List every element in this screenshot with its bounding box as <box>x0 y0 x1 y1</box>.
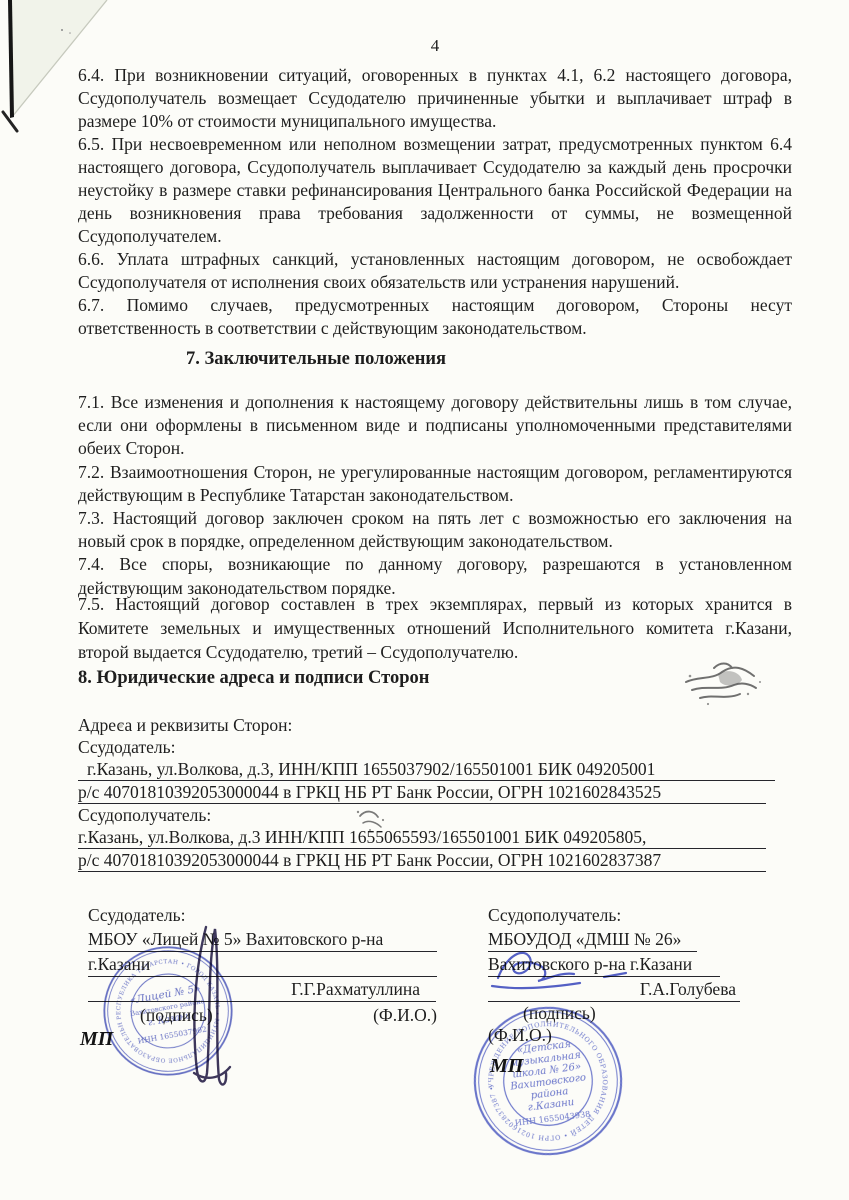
scan-speck <box>69 32 71 34</box>
borrower-requisites-line2: р/с 40701810392053000044 в ГРКЦ НБ РТ Ба… <box>78 849 766 872</box>
scan-speck <box>61 29 63 31</box>
section-8-heading: 8. Юридические адреса и подписи Сторон <box>78 668 429 689</box>
lessor-fio-caption: (Ф.И.О.) <box>373 1004 437 1026</box>
borrower-handwritten-signature <box>488 936 638 996</box>
scanned-contract-page: { "page_number": "4", "colors": { "stamp… <box>0 0 849 1200</box>
ink-smudge-small <box>350 800 390 834</box>
section-6-liability: 6.4. При возникновении ситуаций, оговоре… <box>78 64 792 340</box>
paragraph-7-1: 7.1. Все изменения и дополнения к настоя… <box>78 391 792 461</box>
section-7-heading: 7. Заключительные положения <box>186 349 446 370</box>
borrower-label: Ссудополучатель: <box>78 804 792 826</box>
paragraph-6-6: 6.6. Уплата штрафных санкций, установлен… <box>78 248 792 294</box>
paragraph-7-2: 7.2. Взаимоотношения Сторон, не урегулир… <box>78 461 792 507</box>
lessor-signature-label: Ссудодатель: <box>88 903 440 927</box>
requisites-block: Адреса и реквизиты Сторон: Ссудодатель: … <box>78 714 792 872</box>
paragraph-7-3: 7.3. Настоящий договор заключен сроком н… <box>78 507 792 553</box>
section-7-final-provisions: 7.1. Все изменения и дополнения к настоя… <box>78 391 792 600</box>
lessor-requisites-line2: р/с 40701810392053000044 в ГРКЦ НБ РТ Ба… <box>78 781 766 804</box>
scan-corner-artifact <box>0 0 130 190</box>
scan-dot-artifact <box>118 724 123 728</box>
lessor-requisites-line1: г.Казань, ул.Волкова, д.3, ИНН/КПП 16550… <box>78 758 775 781</box>
requisites-intro: Адреса и реквизиты Сторон: <box>78 714 792 736</box>
lessor-handwritten-signature <box>176 923 236 1098</box>
borrower-round-stamp: УЧРЕЖДЕНИЕ ДОПОЛНИТЕЛЬНОГО ОБРАЗОВАНИЯ Д… <box>459 995 637 1167</box>
lessor-label: Ссудодатель: <box>78 736 792 758</box>
borrower-requisites-line1: г.Казань, ул.Волкова, д.3 ИНН/КПП 165506… <box>78 826 766 849</box>
ink-smudge-large <box>678 652 770 710</box>
paragraph-6-7: 6.7. Помимо случаев, предусмотренных нас… <box>78 294 792 340</box>
page-number: 4 <box>78 36 792 56</box>
borrower-signature-label: Ссудополучатель: <box>488 903 740 927</box>
paragraph-6-4: 6.4. При возникновении ситуаций, оговоре… <box>78 64 792 133</box>
paragraph-6-5: 6.5. При несвоевременном или неполном во… <box>78 133 792 248</box>
